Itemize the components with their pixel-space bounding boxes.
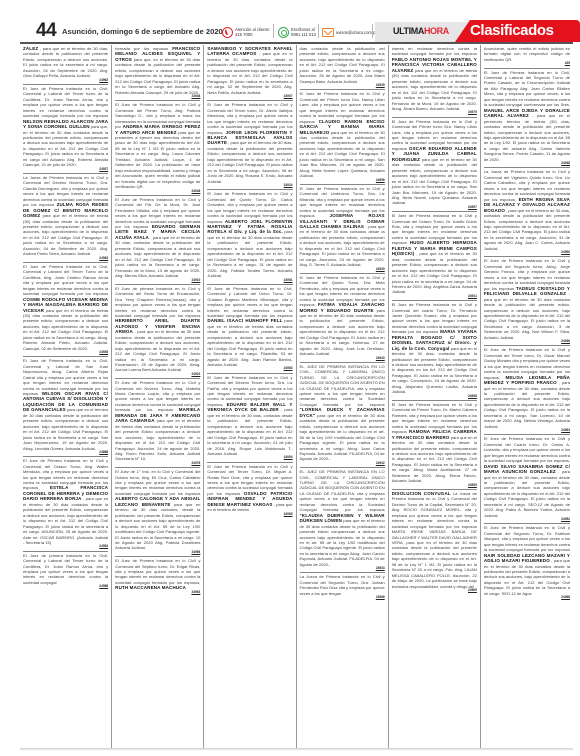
column-4: días contados desde la publicación del p… [297, 45, 389, 750]
notice-text: , para que en el término de 30 días cont… [23, 496, 108, 545]
notice-text: para que en el término de treinta días c… [115, 418, 200, 461]
notice-text: , para que en el término de 30 días, con… [484, 208, 570, 251]
notice-text: - para que en el término de 30 días cont… [115, 329, 200, 372]
notice-text: , para que en el término de 30 días, con… [484, 469, 570, 518]
notice-text: , para que en el término de 30 días, con… [207, 140, 292, 183]
email-contact[interactable]: avisos@uhora.com.py [322, 24, 378, 40]
column-3: SAMANIEGO Y SOCRATES RAFAEL LATERRA OCAM… [204, 45, 296, 750]
legal-notice: El Juez de Primera Instancia en lo Civil… [207, 190, 292, 284]
notice-parties: ZÁLEZ [23, 46, 38, 51]
column-1: ZÁLEZ , para que en el término de 30 día… [20, 45, 112, 750]
notice-text: El Juez de Primera Instancia en lo Civil… [23, 264, 108, 296]
divider [273, 24, 274, 38]
notice-code: 24962 [23, 79, 108, 83]
notice-text: El Juez de primera Instancia en lo Civil… [115, 286, 200, 318]
legal-notice: El Juez de Primera Instancia en lo Civil… [115, 196, 200, 285]
legal-notice: El Juez de Primera Instancia en lo Civil… [392, 212, 477, 301]
notice-text: para que en el término de 30 días, conta… [392, 346, 477, 395]
legal-notice: El Juez de primera instancia en lo Civil… [23, 552, 108, 591]
notice-text: , para que en el término de 30 días, con… [207, 51, 292, 94]
notice-text: para que en el término de 30 días contad… [207, 229, 292, 278]
contact-value: 415 7000 [235, 32, 252, 37]
notice-code: 24952 [484, 518, 570, 522]
notice-parties: RUTH MACCARENA MACHUCA [115, 585, 186, 590]
notice-text: El Juez de 1° Inst. en lo Civil y Comerc… [115, 469, 200, 496]
legal-notice: La Jueza de Primera Instancia en lo Civi… [23, 174, 108, 263]
legal-notice: El Juez de Primera Instancia en lo Civil… [207, 285, 292, 374]
notice-code: 24922 [115, 373, 200, 377]
legal-notice: El Juez de Primera Instancia en lo Civil… [207, 101, 292, 190]
divider [372, 24, 373, 38]
notice-code: 24965 [392, 589, 477, 593]
legal-notice: El Juez de Primera Instancia en lo Civil… [115, 379, 200, 468]
notice-text: para que en el término de 30 días contad… [300, 308, 385, 357]
page-bottom-edge [20, 748, 573, 751]
legal-notice: El Juez de Primera Instancia en lo Civil… [115, 557, 200, 596]
email-icon [322, 28, 334, 37]
notice-code: 24943 [300, 357, 385, 361]
notice-code: 24966 [300, 596, 385, 600]
notice-text: para que en el término de 30 días contad… [392, 157, 477, 206]
legal-notice: El Juez de Primera Instancia en lo Civil… [484, 69, 570, 169]
legal-notice: El Juez de Primera Instancia en lo Civil… [23, 357, 108, 457]
notice-text: El Juez de Primera Instancia en lo Civil… [207, 286, 292, 318]
notice-text: para que en el término de 30 días contad… [300, 518, 385, 567]
customer-service-contact[interactable]: Atención al cliente: 415 7000 [222, 24, 270, 40]
notice-text: , para que en el término de 30 días, con… [484, 380, 570, 429]
notice-code: 425 [484, 62, 570, 66]
notice-code: 24956 [300, 179, 385, 183]
notice-code: 24958 [392, 395, 477, 399]
notice-code: 24968 [484, 596, 570, 600]
whatsapp-icon [278, 27, 289, 38]
legal-notice: interés en reclamar derechos contra la s… [392, 45, 477, 118]
legal-notice: El Juez de Primera Instancia en lo Civil… [484, 524, 570, 601]
phone-icon [222, 27, 233, 38]
legal-notice: EL JUEZ DE PRIMERA INSTANCIA EN LO CIVIL… [300, 363, 385, 468]
notice-code: 24970 [392, 111, 477, 115]
legal-notice: El Juez de Primera Instancia en lo Civil… [484, 257, 570, 346]
page-header: 44 Asunción, domingo 6 de septiembre de … [0, 20, 580, 42]
legal-notice: El Juez de Primera Instancia en lo Civil… [207, 374, 292, 463]
legal-notice: formada por los esposos FRANCISCO MELANI… [115, 45, 200, 101]
notice-code: 24957 [392, 206, 477, 210]
notice-text: La Jueza de Primera Instancia en lo Civi… [392, 491, 477, 589]
notice-text: para que en término de 30 días contados,… [115, 502, 200, 551]
notice-text: para que en el término de 30 días contad… [392, 435, 477, 484]
legal-notice: días contados desde la publicación del p… [300, 45, 385, 90]
notice-text: interés en reclamar derechos contra la s… [392, 46, 477, 56]
column-2: formada por los esposos FRANCISCO MELANI… [112, 45, 204, 750]
page-date: Asunción, domingo 6 de septiembre de 202… [62, 27, 223, 36]
notice-text: EL JUEZ DE PRIMERA INSTANCIA EN LO CIVIL… [300, 469, 385, 512]
header-rule [20, 42, 573, 44]
legal-notice: El Juez de Primera Instancia en lo Civil… [484, 346, 570, 435]
notice-code: 24927 [23, 168, 108, 172]
legal-notice: El Juez de 1° Inst. en lo Civil y Comerc… [115, 468, 200, 557]
legal-notice: El Juez de Primera Instancia en lo Civil… [484, 435, 570, 524]
notice-text: para que en el término de treinta (30) d… [392, 68, 477, 111]
notice-code: 24924 [207, 184, 292, 188]
notice-code: 24935 [300, 84, 385, 88]
notice-code: 24963 [484, 429, 570, 433]
notice-text: El Juez de Primera Instancia en lo Civil… [23, 86, 108, 118]
legal-notice: DISOLUCION CONYUGAL La Jueza de Primera … [392, 490, 477, 594]
column-5: interés en reclamar derechos contra la s… [389, 45, 481, 750]
notice-code: 24955 [392, 484, 477, 488]
notice-code: 24941 [392, 295, 477, 299]
notice-text: , para que en el término de 30 días, con… [392, 251, 477, 294]
column-6: Anunciante, quien remitió el edicto judi… [481, 45, 573, 750]
notice-text: La Jueza de Primera Instancia en lo Civi… [300, 574, 385, 595]
notice-code: 24965 [207, 513, 292, 517]
legal-notice: ZÁLEZ , para que en el término de 30 día… [23, 45, 108, 85]
notice-code: 24946 [115, 190, 200, 194]
notice-text: para que en el término de 30 días contad… [300, 130, 385, 179]
notice-code: 24951 [207, 279, 292, 283]
notice-code: 24948 [484, 162, 570, 166]
notice-text: , para que en el término de 30 días, con… [23, 46, 108, 78]
notice-parties: DANIEL ISAACI HUNHOFF FELL [207, 318, 282, 323]
notice-text: El Juez de Primera Instancia en lo Civil… [484, 525, 570, 552]
notice-parties: DISOLUCION CONYUGAL [392, 491, 451, 496]
notice-text: para que, en el término de 30 días conta… [23, 124, 108, 167]
page-number: 44 [36, 20, 56, 42]
notice-code: 24983 [207, 367, 292, 371]
notice-text: para que, en el término de 30 días conta… [115, 57, 200, 95]
notice-code: 24963 [23, 257, 108, 261]
notice-code: 24933 [300, 567, 385, 571]
notice-code: 24907 [207, 95, 292, 99]
notice-text: para que en el término de treinta días c… [207, 318, 292, 367]
notice-code: 24954 [23, 545, 108, 549]
notice-code: 24962 [115, 591, 200, 595]
notice-text: para que en el término de 30 días contad… [300, 413, 385, 462]
legal-notice: SAMANIEGO Y SOCRATES RAFAEL LATERRA OCAM… [207, 45, 292, 101]
notice-text: para que en el término de 30 días contad… [23, 407, 108, 450]
notice-text: , para que en el término de 30 días cont… [484, 558, 570, 596]
legal-notice: El Juez de Primera Instancia en lo Civil… [23, 263, 108, 357]
notice-text: , para que en el término de 30 días cont… [300, 224, 385, 267]
notice-text: El Juez de Primera Instancia en lo Civil… [484, 70, 570, 108]
newspaper-page: 44 Asunción, domingo 6 de septiembre de … [0, 0, 580, 756]
notice-code: 24978 [115, 462, 200, 466]
notice-code: 24988 [23, 585, 108, 589]
whatsapp-contact[interactable]: Escribinos al 0981 111 013 [278, 24, 316, 40]
notice-code: 24948 [115, 95, 200, 99]
legal-notice: El Juez de Primera Instancia en lo Civil… [23, 457, 108, 551]
contact-value: 0981 111 013 [291, 32, 316, 37]
notice-text: El Juez de Primera Instancia en lo Civil… [115, 558, 200, 585]
notice-code: 24888 [23, 451, 108, 455]
legal-notice: EL JUEZ DE PRIMERA INSTANCIA EN LO CIVIL… [300, 468, 385, 573]
notice-code: 24935 [23, 351, 108, 355]
notice-text: , para que en el término de 30 días, con… [115, 235, 200, 278]
brand-logo: ULTIMAHORA [393, 26, 449, 36]
notice-code: 24954 [207, 456, 292, 460]
notice-code: 24966 [115, 551, 200, 555]
notice-code: 24932 [300, 462, 385, 466]
legal-notice: Anunciante, quien remitió el edicto judi… [484, 45, 570, 69]
notice-text: , para que en el perentorio término de t… [484, 113, 570, 162]
legal-notice: El Juez de Primera Instancia en lo Civil… [392, 118, 477, 212]
notice-text: días contados desde la publicación del p… [300, 46, 385, 84]
notice-text: , para que en el término de 30 días, con… [207, 407, 292, 456]
legal-notice: El Juez de primera Instancia en lo Civil… [115, 285, 200, 379]
legal-notice: El Juez de Primera Instancia en lo Civil… [300, 90, 385, 184]
notice-text: formada por los esposos [115, 46, 168, 51]
notice-code: 24910 [115, 279, 200, 283]
notice-text: para que en el término de treinta (30) d… [23, 308, 108, 351]
notice-text: El Juez de Primera Instancia en lo Civil… [484, 436, 570, 463]
notice-text: Anunciante, quien remitió el edicto judi… [484, 46, 570, 62]
notice-code: 24930 [300, 268, 385, 272]
legal-notice: El Juez de Primera Instancia en lo Civil… [392, 301, 477, 401]
notice-text: para que se presenten a ejercer sus dere… [115, 130, 200, 190]
legal-notice: El Juez de Primera Instancia en lo Civil… [300, 274, 385, 363]
notice-text: El Juez de primera instancia en lo Civil… [23, 553, 108, 585]
legal-notice: El Juez de Primera Instancia en lo Civil… [300, 185, 385, 274]
notice-code: 24950 [484, 251, 570, 255]
legal-notice: El Juez de Primera Instancia en lo Civil… [23, 85, 108, 174]
section-title: Clasificados [470, 22, 554, 39]
legal-notice: El Juez de Primera Instancia en lo Civil… [207, 463, 292, 518]
classifieds-columns: ZÁLEZ , para que en el término de 30 día… [20, 45, 573, 750]
divider [318, 24, 319, 38]
notice-text: para que en el término de treinta (30) d… [23, 213, 108, 256]
legal-notice: La Jueza de Primera Instancia en lo Civi… [300, 573, 385, 601]
notice-text: EL JUEZ DE PRIMERA INSTANCIA EN LO CIVIL… [300, 364, 385, 407]
notice-code: 24936 [484, 340, 570, 344]
notice-text: , para que en el término de 30 días cont… [484, 291, 570, 340]
legal-notice: La Jueza de Primera Instancia en lo Civi… [484, 168, 570, 257]
legal-notice: El Juez de Primera Instancia en lo Civil… [115, 101, 200, 195]
legal-notice: El Juez de Primera Instancia en lo Civil… [392, 401, 477, 490]
